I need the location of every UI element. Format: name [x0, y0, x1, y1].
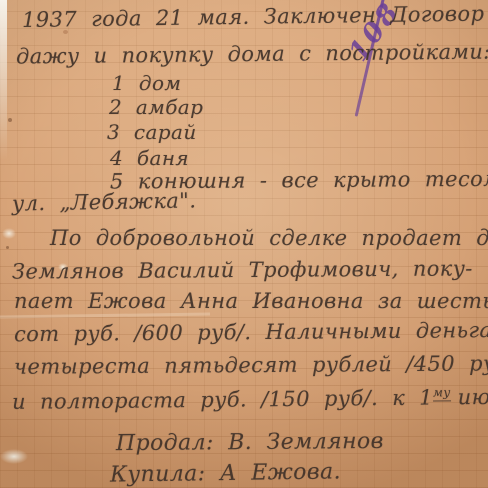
paper-speck: [8, 118, 12, 122]
inventory-item-shed: 3 сарай: [107, 120, 197, 144]
date-heading-line: 1937 года 21 мая. Заключен Договор на пр…: [22, 0, 488, 32]
seller-signature: Продал: В. Землянов: [116, 429, 384, 456]
body-line-4-price: сот руб. /600 руб/. Наличными деньгами: [14, 318, 488, 346]
final-line-start: и полтораста руб. /150 руб/. к 1: [12, 386, 433, 414]
street-name-line: ул. „Лебяжка".: [12, 188, 197, 215]
body-line-3-buyer-name: пает Ежова Анна Ивановна за шесть-: [14, 289, 488, 313]
document-scan: 108 1937 года 21 мая. Заключен Договор н…: [0, 0, 488, 488]
inventory-item-bathhouse: 4 баня: [110, 146, 189, 170]
paper-damage-spot: [0, 449, 28, 464]
inventory-item-house: 1 дом: [112, 71, 181, 95]
body-line-5-cash-amount: четыреста пятьдесят рублей /450 руб/.: [14, 351, 488, 379]
buyer-signature: Купила: А Ежова.: [110, 459, 341, 487]
inventory-item-barn: 2 амбар: [109, 95, 203, 119]
paper-speck: [6, 246, 9, 249]
body-line-6-due-date: и полтораста руб. /150 руб/. к 1муиюля с…: [12, 384, 488, 414]
scan-edge-artifact: [0, 0, 7, 160]
body-line-1: По добровольной сделке продает дом: [50, 226, 488, 250]
final-line-superscript: му: [433, 385, 451, 401]
paper-crease: [0, 313, 210, 319]
final-line-end: июля с.г.: [458, 384, 488, 409]
body-line-2-seller-name: Землянов Василий Трофимович, поку-: [12, 256, 473, 283]
heading-line-2: дажу и покупку дома с постройками:: [16, 40, 488, 69]
paper-damage-spot: [2, 228, 16, 239]
